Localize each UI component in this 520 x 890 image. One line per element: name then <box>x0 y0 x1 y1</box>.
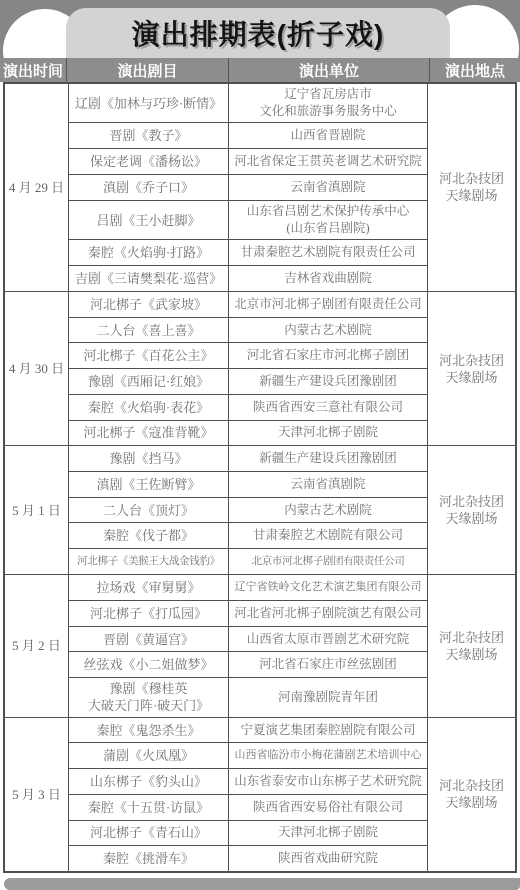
venue-cell: 河北杂技团 天缘剧场 <box>427 292 515 445</box>
table-row: 二人台《喜上喜》 内蒙古艺术剧院 <box>69 318 427 344</box>
table-row: 秦腔《鬼怨杀生》 宁夏演艺集团秦腔剧院有限公司 <box>69 718 427 744</box>
date-cell: 4 月 29 日 <box>5 84 69 291</box>
table-row: 拉场戏《审舅舅》 辽宁省铁岭文化艺术演艺集团有限公司 <box>69 575 427 601</box>
repertoire-cell: 吉剧《三请樊梨花·巡营》 <box>69 266 229 291</box>
repertoire-cell: 滇剧《乔子口》 <box>69 175 229 200</box>
table-row: 丝弦戏《小二姐做梦》 河北省石家庄市丝弦剧团 <box>69 652 427 678</box>
table-row: 蒲剧《火凤凰》 山西省临汾市小梅花蒲剧艺术培训中心 <box>69 743 427 769</box>
schedule-poster: 演出排期表(折子戏) 演出时间 演出剧目 演出单位 演出地点 4 月 29 日 … <box>0 0 520 890</box>
date-cell: 5 月 1 日 <box>5 446 69 574</box>
repertoire-cell: 豫剧《挡马》 <box>69 446 229 471</box>
table-row: 滇剧《王佐断臂》 云南省滇剧院 <box>69 472 427 498</box>
column-header-venue: 演出地点 <box>430 58 520 82</box>
venue-cell: 河北杂技团 天缘剧场 <box>427 84 515 291</box>
page-title: 演出排期表(折子戏) <box>132 13 385 53</box>
unit-cell: 山西省晋剧院 <box>229 123 427 148</box>
table-row: 河北梆子《寇准背靴》 天津河北梆子剧院 <box>69 421 427 446</box>
unit-cell: 吉林省戏曲剧院 <box>229 266 427 291</box>
repertoire-cell: 河北梆子《武家坡》 <box>69 292 229 317</box>
unit-cell: 内蒙古艺术剧院 <box>229 318 427 343</box>
repertoire-cell: 豫剧《穆桂英 大破天门阵·破天门》 <box>69 678 229 716</box>
unit-cell: 天津河北梆子剧院 <box>229 821 427 846</box>
unit-cell: 北京市河北梆子剧团有限责任公司 <box>229 549 427 574</box>
repertoire-cell: 河北梆子《青石山》 <box>69 821 229 846</box>
repertoire-cell: 拉场戏《审舅舅》 <box>69 575 229 600</box>
repertoire-cell: 秦腔《伐子都》 <box>69 523 229 548</box>
table-row: 河北梆子《青石山》 天津河北梆子剧院 <box>69 821 427 847</box>
top-decorative-band: 演出排期表(折子戏) <box>0 0 520 58</box>
repertoire-cell: 秦腔《十五贯·访鼠》 <box>69 795 229 820</box>
table-row: 豫剧《穆桂英 大破天门阵·破天门》 河南豫剧院青年团 <box>69 678 427 716</box>
table-row: 河北梆子《美猴王大战金钱豹》 北京市河北梆子剧团有限责任公司 <box>69 549 427 574</box>
schedule-table: 4 月 29 日 辽剧《加林与巧珍·断情》 辽宁省瓦房店市 文化和旅游事务服务中… <box>3 82 517 873</box>
table-row: 河北梆子《百花公主》 河北省石家庄市河北梆子剧团 <box>69 343 427 369</box>
repertoire-cell: 丝弦戏《小二姐做梦》 <box>69 652 229 677</box>
unit-cell: 河南豫剧院青年团 <box>229 678 427 716</box>
repertoire-cell: 保定老调《潘杨讼》 <box>69 149 229 174</box>
repertoire-cell: 豫剧《西厢记·红娘》 <box>69 369 229 394</box>
table-row: 秦腔《火焰驹·表花》 陕西省西安三意社有限公司 <box>69 395 427 421</box>
repertoire-cell: 秦腔《鬼怨杀生》 <box>69 718 229 743</box>
unit-cell: 宁夏演艺集团秦腔剧院有限公司 <box>229 718 427 743</box>
unit-cell: 甘肃秦腔艺术剧院有限责任公司 <box>229 240 427 265</box>
table-row: 秦腔《十五贯·访鼠》 陕西省西安易俗社有限公司 <box>69 795 427 821</box>
table-row: 吕剧《王小赶脚》 山东省吕剧艺术保护传承中心 (山东省吕剧院) <box>69 201 427 240</box>
date-cell: 5 月 2 日 <box>5 575 69 717</box>
repertoire-cell: 辽剧《加林与巧珍·断情》 <box>69 84 229 122</box>
table-row: 河北梆子《打瓜园》 河北省河北梆子剧院演艺有限公司 <box>69 601 427 627</box>
repertoire-cell: 晋剧《黄逼宫》 <box>69 627 229 652</box>
unit-cell: 新疆生产建设兵团豫剧团 <box>229 369 427 394</box>
column-header-time: 演出时间 <box>0 58 67 82</box>
column-header-unit: 演出单位 <box>229 58 430 82</box>
repertoire-cell: 秦腔《挑滑车》 <box>69 846 229 871</box>
repertoire-cell: 河北梆子《美猴王大战金钱豹》 <box>69 549 229 574</box>
repertoire-cell: 河北梆子《打瓜园》 <box>69 601 229 626</box>
schedule-section-apr29: 4 月 29 日 辽剧《加林与巧珍·断情》 辽宁省瓦房店市 文化和旅游事务服务中… <box>5 84 515 292</box>
table-row: 秦腔《伐子都》 甘肃秦腔艺术剧院有限公司 <box>69 523 427 549</box>
repertoire-cell: 山东梆子《豹头山》 <box>69 769 229 794</box>
repertoire-cell: 二人台《喜上喜》 <box>69 318 229 343</box>
table-row: 秦腔《挑滑车》 陕西省戏曲研究院 <box>69 846 427 871</box>
table-row: 山东梆子《豹头山》 山东省泰安市山东梆子艺术研究院 <box>69 769 427 795</box>
unit-cell: 陕西省西安易俗社有限公司 <box>229 795 427 820</box>
repertoire-cell: 吕剧《王小赶脚》 <box>69 201 229 239</box>
unit-cell: 陕西省戏曲研究院 <box>229 846 427 871</box>
venue-cell: 河北杂技团 天缘剧场 <box>427 718 515 871</box>
schedule-section-may1: 5 月 1 日 豫剧《挡马》 新疆生产建设兵团豫剧团 滇剧《王佐断臂》 云南省滇… <box>5 446 515 575</box>
schedule-section-apr30: 4 月 30 日 河北梆子《武家坡》 北京市河北梆子剧团有限责任公司 二人台《喜… <box>5 292 515 446</box>
unit-cell: 云南省滇剧院 <box>229 472 427 497</box>
date-cell: 5 月 3 日 <box>5 718 69 871</box>
unit-cell: 河北省河北梆子剧院演艺有限公司 <box>229 601 427 626</box>
bottom-decorative-bar <box>4 878 520 890</box>
table-row: 晋剧《黄逼宫》 山西省太原市晋剧艺术研究院 <box>69 627 427 653</box>
schedule-section-may3: 5 月 3 日 秦腔《鬼怨杀生》 宁夏演艺集团秦腔剧院有限公司 蒲剧《火凤凰》 … <box>5 718 515 871</box>
date-cell: 4 月 30 日 <box>5 292 69 445</box>
unit-cell: 辽宁省瓦房店市 文化和旅游事务服务中心 <box>229 84 427 122</box>
unit-cell: 山东省吕剧艺术保护传承中心 (山东省吕剧院) <box>229 201 427 239</box>
unit-cell: 辽宁省铁岭文化艺术演艺集团有限公司 <box>229 575 427 600</box>
unit-cell: 新疆生产建设兵团豫剧团 <box>229 446 427 471</box>
table-row: 二人台《顶灯》 内蒙古艺术剧院 <box>69 498 427 524</box>
unit-cell: 山东省泰安市山东梆子艺术研究院 <box>229 769 427 794</box>
unit-cell: 河北省保定王贯英老调艺术研究院 <box>229 149 427 174</box>
unit-cell: 山西省太原市晋剧艺术研究院 <box>229 627 427 652</box>
column-header-repertoire: 演出剧目 <box>67 58 229 82</box>
unit-cell: 云南省滇剧院 <box>229 175 427 200</box>
table-row: 辽剧《加林与巧珍·断情》 辽宁省瓦房店市 文化和旅游事务服务中心 <box>69 84 427 123</box>
table-row: 保定老调《潘杨讼》 河北省保定王贯英老调艺术研究院 <box>69 149 427 175</box>
repertoire-cell: 晋剧《教子》 <box>69 123 229 148</box>
schedule-section-may2: 5 月 2 日 拉场戏《审舅舅》 辽宁省铁岭文化艺术演艺集团有限公司 河北梆子《… <box>5 575 515 718</box>
table-row: 秦腔《火焰驹·打路》 甘肃秦腔艺术剧院有限责任公司 <box>69 240 427 266</box>
unit-cell: 山西省临汾市小梅花蒲剧艺术培训中心 <box>229 743 427 768</box>
unit-cell: 河北省石家庄市河北梆子剧团 <box>229 343 427 368</box>
table-header-row: 演出时间 演出剧目 演出单位 演出地点 <box>0 58 520 82</box>
table-row: 吉剧《三请樊梨花·巡营》 吉林省戏曲剧院 <box>69 266 427 291</box>
repertoire-cell: 蒲剧《火凤凰》 <box>69 743 229 768</box>
table-row: 豫剧《挡马》 新疆生产建设兵团豫剧团 <box>69 446 427 472</box>
venue-cell: 河北杂技团 天缘剧场 <box>427 575 515 717</box>
repertoire-cell: 滇剧《王佐断臂》 <box>69 472 229 497</box>
repertoire-cell: 河北梆子《百花公主》 <box>69 343 229 368</box>
table-row: 豫剧《西厢记·红娘》 新疆生产建设兵团豫剧团 <box>69 369 427 395</box>
unit-cell: 天津河北梆子剧院 <box>229 421 427 446</box>
table-row: 晋剧《教子》 山西省晋剧院 <box>69 123 427 149</box>
unit-cell: 内蒙古艺术剧院 <box>229 498 427 523</box>
repertoire-cell: 河北梆子《寇准背靴》 <box>69 421 229 446</box>
table-row: 滇剧《乔子口》 云南省滇剧院 <box>69 175 427 201</box>
unit-cell: 河北省石家庄市丝弦剧团 <box>229 652 427 677</box>
venue-cell: 河北杂技团 天缘剧场 <box>427 446 515 574</box>
repertoire-cell: 二人台《顶灯》 <box>69 498 229 523</box>
unit-cell: 北京市河北梆子剧团有限责任公司 <box>229 292 427 317</box>
unit-cell: 陕西省西安三意社有限公司 <box>229 395 427 420</box>
unit-cell: 甘肃秦腔艺术剧院有限公司 <box>229 523 427 548</box>
table-row: 河北梆子《武家坡》 北京市河北梆子剧团有限责任公司 <box>69 292 427 318</box>
title-banner: 演出排期表(折子戏) <box>66 8 450 58</box>
repertoire-cell: 秦腔《火焰驹·打路》 <box>69 240 229 265</box>
repertoire-cell: 秦腔《火焰驹·表花》 <box>69 395 229 420</box>
